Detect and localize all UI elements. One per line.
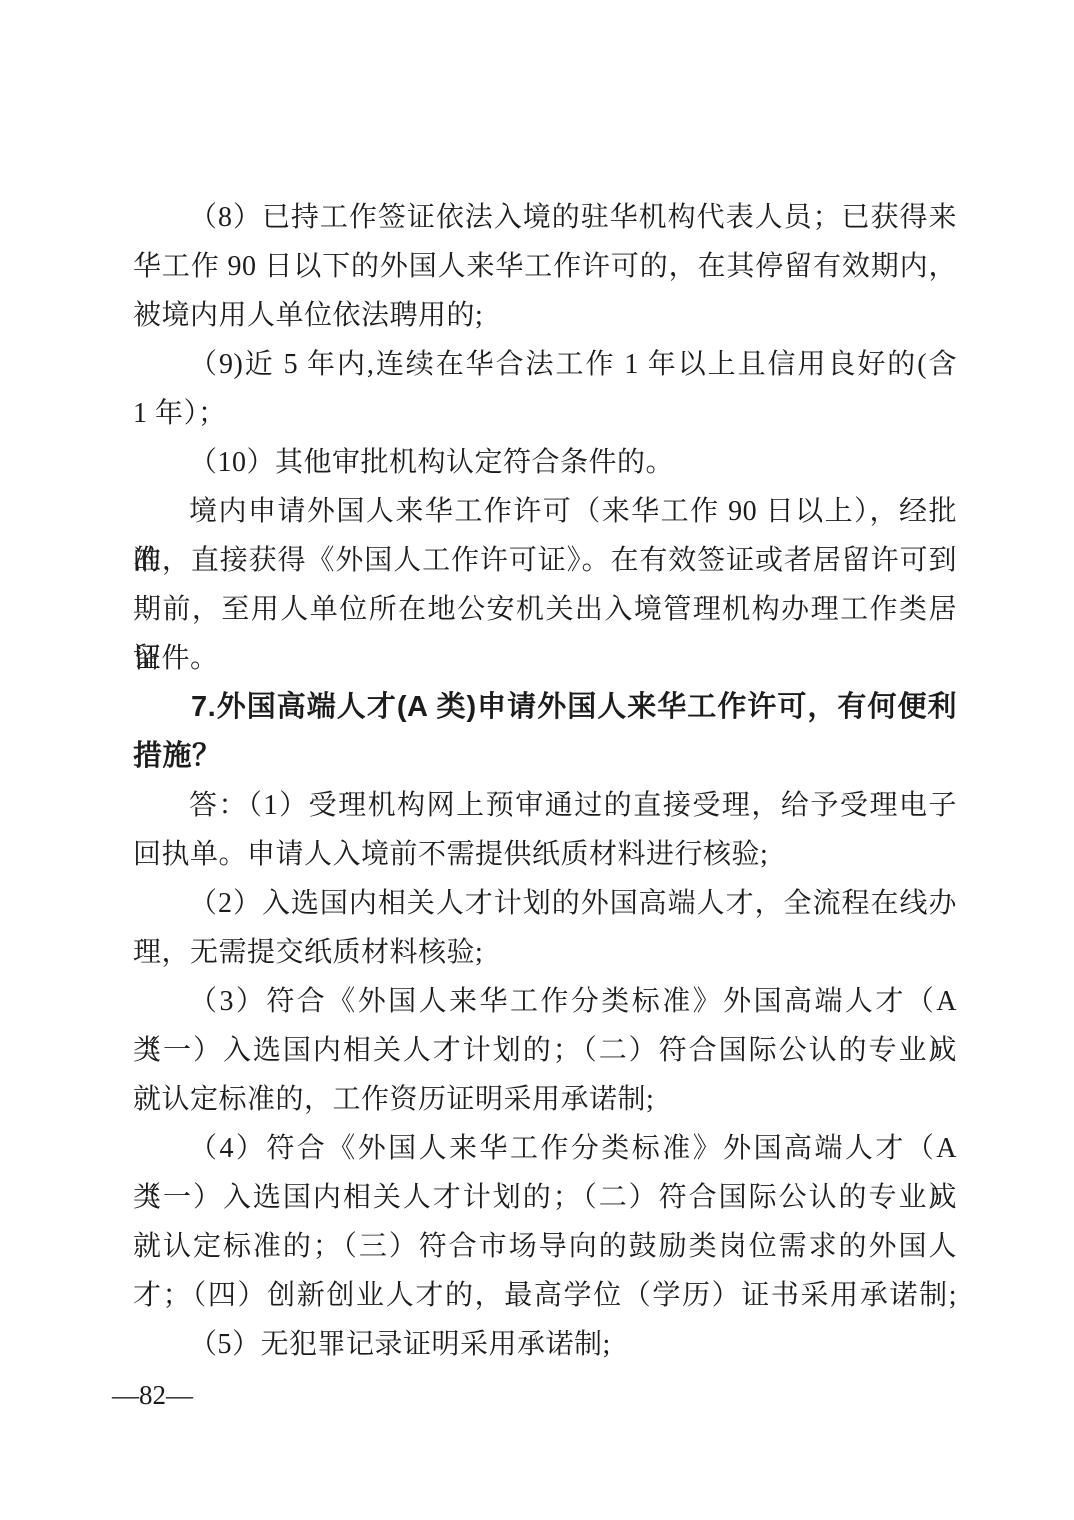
question-heading-line: 7.外国高端人才(A 类)申请外国人来华工作许可，有何便利 (133, 683, 957, 732)
paragraph-line: （2）入选国内相关人才计划的外国高端人才，全流程在线办 (133, 879, 957, 928)
paragraph-line: （4）符合《外国人来华工作分类标准》外国高端人才（A 类） (133, 1124, 957, 1173)
paragraph-line: 证件。 (133, 634, 957, 683)
paragraph-line: 答：（1）受理机构网上预审通过的直接受理，给予受理电子 (133, 781, 957, 830)
paragraph-line: （一）入选国内相关人才计划的；（二）符合国际公认的专业成 (133, 1026, 957, 1075)
paragraph-line: （9)近 5 年内,连续在华合法工作 1 年以上且信用良好的(含 (133, 340, 957, 389)
paragraph-line: 期前，至用人单位所在地公安机关出入境管理机构办理工作类居留 (133, 585, 957, 634)
text-block: （8）已持工作签证依法入境的驻华机构代表人员；已获得来 华工作 90 日以下的外… (133, 193, 957, 1369)
question-heading-line: 措施？ (133, 732, 957, 781)
paragraph-line: 华工作 90 日以下的外国人来华工作许可的，在其停留有效期内， (133, 242, 957, 291)
paragraph-line: 才；（四）创新创业人才的，最高学位（学历）证书采用承诺制; (133, 1271, 957, 1320)
paragraph-line: （10）其他审批机构认定符合条件的。 (133, 438, 957, 487)
paragraph-line: 被境内用人单位依法聘用的; (133, 291, 957, 340)
paragraph-line: （一）入选国内相关人才计划的；（二）符合国际公认的专业成 (133, 1173, 957, 1222)
page-number: —82— (112, 1377, 193, 1413)
paragraph-line: 就认定标准的，工作资历证明采用承诺制; (133, 1075, 957, 1124)
paragraph-line: 回执单。申请人入境前不需提供纸质材料进行核验; (133, 830, 957, 879)
paragraph-line: 1 年）； (133, 389, 957, 438)
paragraph-line: （8）已持工作签证依法入境的驻华机构代表人员；已获得来 (133, 193, 957, 242)
paragraph-line: （3）符合《外国人来华工作分类标准》外国高端人才（A 类） (133, 977, 957, 1026)
paragraph-line: 的，直接获得《外国人工作许可证》。在有效签证或者居留许可到 (133, 536, 957, 585)
paragraph-line: 境内申请外国人来华工作许可（来华工作 90 日以上），经批准 (133, 487, 957, 536)
paragraph-line: （5）无犯罪记录证明采用承诺制; (133, 1320, 957, 1369)
paragraph-line: 理，无需提交纸质材料核验; (133, 928, 957, 977)
paragraph-line: 就认定标准的；（三）符合市场导向的鼓励类岗位需求的外国人 (133, 1222, 957, 1271)
document-page: （8）已持工作签证依法入境的驻华机构代表人员；已获得来 华工作 90 日以下的外… (0, 0, 1074, 1520)
